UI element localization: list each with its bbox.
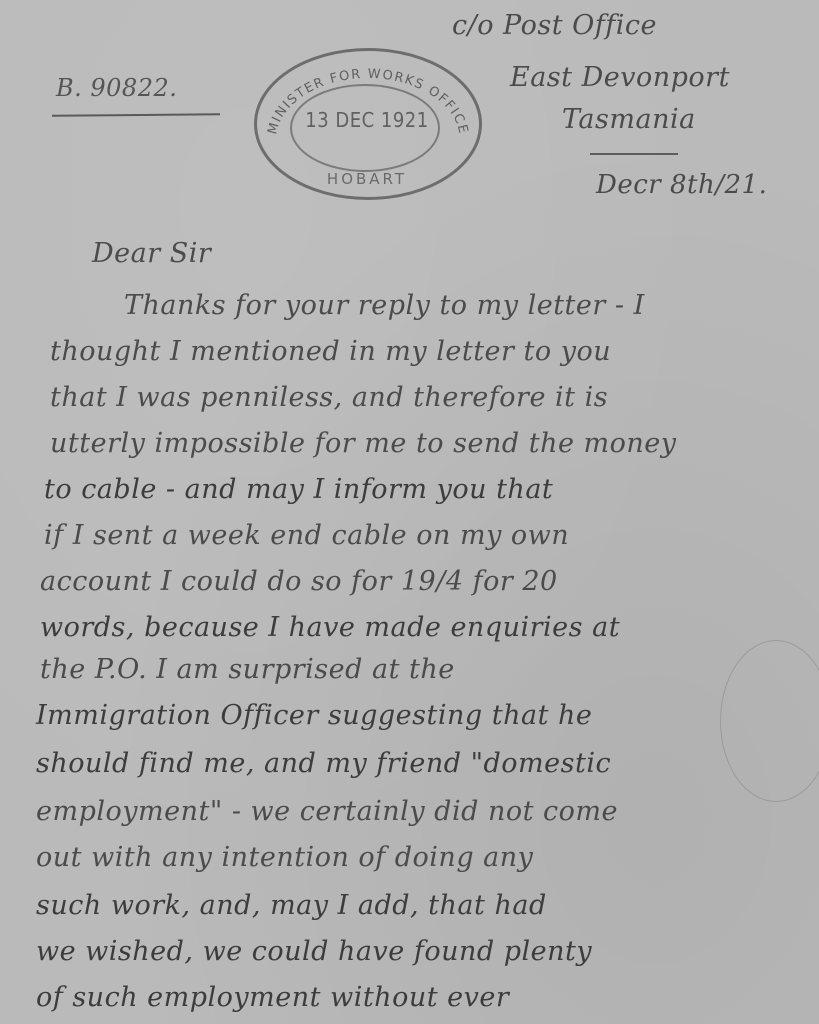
received-stamp-date: 13 DEC 1921 <box>302 108 432 132</box>
body-line: if I sent a week end cable on my own <box>44 520 569 551</box>
faint-background-stamp <box>720 640 819 802</box>
body-line: Thanks for your reply to my letter - I <box>124 290 645 321</box>
letter-page: B. 90822. MINISTER FOR WORKS OFFICE 13 D… <box>0 0 819 1024</box>
reference-underline <box>52 113 220 116</box>
body-line: we wished, we could have found plenty <box>36 936 592 967</box>
received-stamp-city: HOBART <box>322 170 412 188</box>
address-line-1: c/o Post Office <box>452 10 657 41</box>
body-line: should find me, and my friend "domestic <box>36 748 611 779</box>
address-line-2: East Devonport <box>510 62 730 93</box>
address-line-3: Tasmania <box>562 104 696 135</box>
body-line: of such employment without ever <box>36 982 509 1013</box>
body-line: employment" - we certainly did not come <box>36 796 618 827</box>
body-line: words, because I have made enquiries at <box>40 612 620 643</box>
body-line: that I was penniless, and therefore it i… <box>50 382 608 413</box>
address-rule <box>590 153 678 155</box>
letter-date: Decr 8th/21. <box>596 170 767 200</box>
body-line: account I could do so for 19/4 for 20 <box>40 566 558 597</box>
body-line: thought I mentioned in my letter to you <box>50 336 611 367</box>
body-line: to cable - and may I inform you that <box>44 474 553 505</box>
body-line: such work, and, may I add, that had <box>36 890 547 921</box>
reference-number: B. 90822. <box>56 74 177 102</box>
body-line: out with any intention of doing any <box>36 842 533 873</box>
salutation: Dear Sir <box>92 238 211 269</box>
body-line: Immigration Officer suggesting that he <box>36 700 592 731</box>
body-line: the P.O. I am surprised at the <box>40 654 455 685</box>
body-line: utterly impossible for me to send the mo… <box>50 428 677 459</box>
